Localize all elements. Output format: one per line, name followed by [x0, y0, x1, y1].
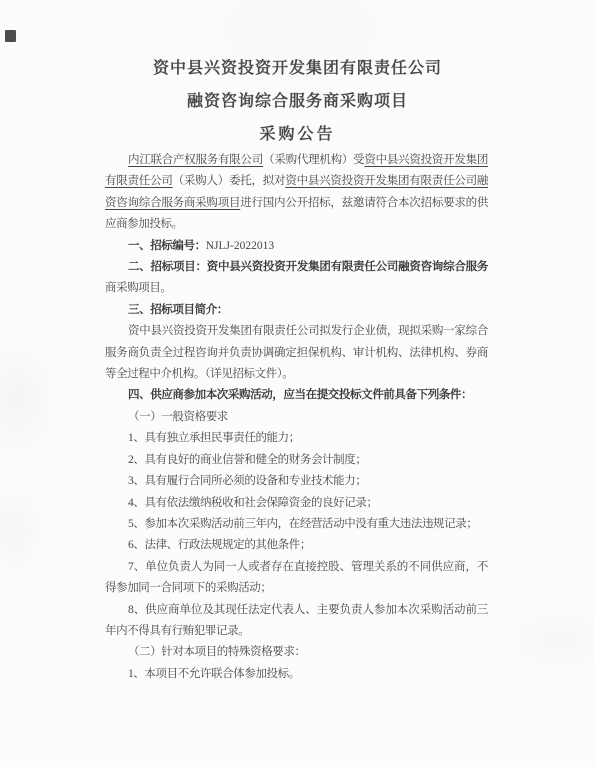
- scan-artifact-mark: [5, 30, 16, 42]
- general-requirement-item: 8、供应商单位及其现任法定代表人、主要负责人参加本次采购活动前三年内不得具有行贿…: [105, 600, 488, 643]
- conditions-heading: 四、供应商参加本次采购活动，应当在提交投标文件前具备下列条件：: [105, 385, 488, 406]
- general-requirement-item: 6、法律、行政法规规定的其他条件；: [105, 535, 488, 556]
- general-requirement-item: 7、单位负责人为同一人或者存在直接控股、管理关系的不同供应商，不得参加同一合同项…: [105, 557, 488, 600]
- intro-paragraph: 内江联合产权服务有限公司（采购代理机构）受资中县兴资投资开发集团有限责任公司（采…: [105, 150, 488, 236]
- special-requirement-item: 1、本项目不允许联合体参加投标。: [105, 664, 488, 685]
- general-requirement-item: 4、具有依法缴纳税收和社会保障资金的良好记录；: [105, 493, 488, 514]
- general-requirement-item: 2、具有良好的商业信誉和健全的财务会计制度；: [105, 450, 488, 471]
- document-title-company: 资中县兴资投资开发集团有限责任公司: [105, 59, 490, 79]
- document-body: 内江联合产权服务有限公司（采购代理机构）受资中县兴资投资开发集团有限责任公司（采…: [105, 150, 488, 685]
- brief-heading: 三、招标项目简介：: [105, 300, 488, 321]
- bid-project-lead: 二、招标项目：资中县兴资投资开发集团有限责任公司融资咨询综合服务: [128, 261, 488, 273]
- general-requirement-item: 1、具有独立承担民事责任的能力；: [105, 428, 488, 449]
- bid-project-tail: 商采购项目。: [105, 282, 172, 294]
- bid-number-item: 一、招标编号：NJLJ-2022013: [105, 236, 488, 257]
- bid-number-value: NJLJ-2022013: [206, 240, 274, 252]
- intro-text: （采购人）委托，拟对: [173, 175, 286, 187]
- scanned-document-page: 资中县兴资投资开发集团有限责任公司 融资咨询综合服务商采购项目 采购公告 内江联…: [0, 0, 595, 767]
- general-requirements-heading: （一）一般资格要求: [105, 407, 488, 428]
- document-title-block: 资中县兴资投资开发集团有限责任公司 融资咨询综合服务商采购项目 采购公告: [105, 59, 490, 158]
- bid-project-item: 二、招标项目：资中县兴资投资开发集团有限责任公司融资咨询综合服务商采购项目。: [105, 257, 488, 300]
- document-title-announcement: 采购公告: [105, 125, 490, 145]
- brief-body: 资中县兴资投资开发集团有限责任公司拟发行企业债，现拟采购一家综合服务商负责全过程…: [105, 321, 488, 385]
- general-requirement-item: 5、参加本次采购活动前三年内，在经营活动中没有重大违法违规记录；: [105, 514, 488, 535]
- bid-number-label: 一、招标编号：: [128, 240, 206, 252]
- special-requirements-heading: （二）针对本项目的特殊资格要求：: [105, 642, 488, 663]
- intro-text: （采购代理机构）受: [263, 154, 364, 166]
- agency-name-underlined: 内江联合产权服务有限公司: [128, 154, 263, 166]
- general-requirement-item: 3、具有履行合同所必须的设备和专业技术能力；: [105, 471, 488, 492]
- document-title-project: 融资咨询综合服务商采购项目: [105, 92, 490, 112]
